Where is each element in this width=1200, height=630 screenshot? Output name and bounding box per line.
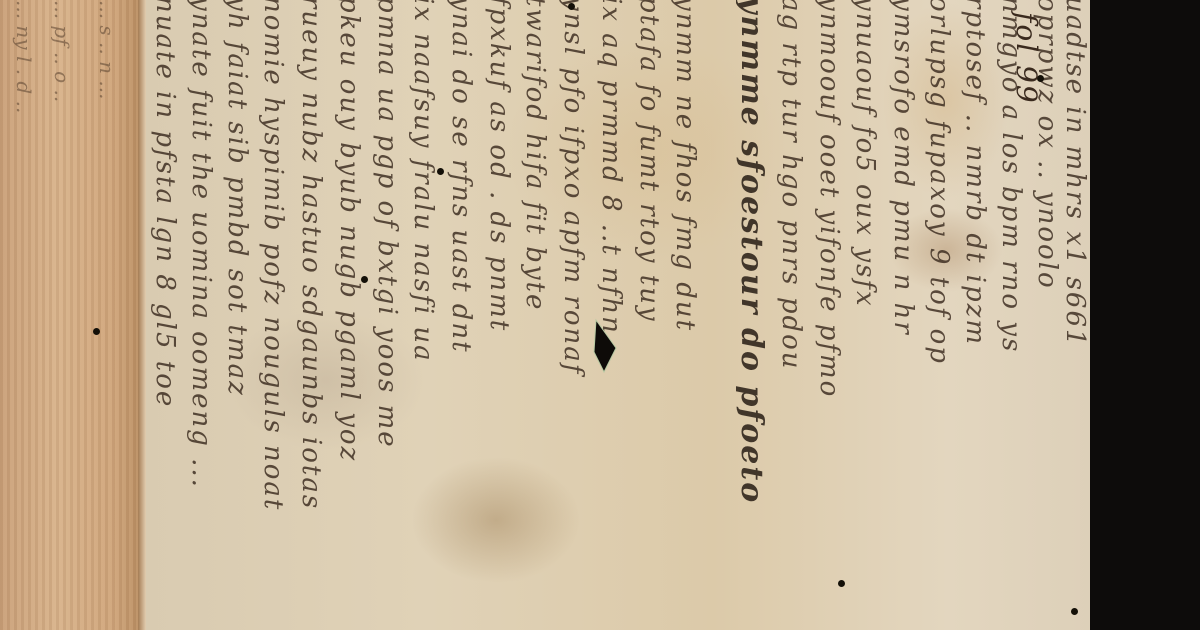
dark-background bbox=[1090, 0, 1200, 630]
manuscript-line: ynmm ne fhos fmg dut bbox=[670, 0, 700, 630]
manuscript-line: ix naafsuy fralu nasfi ua bbox=[408, 0, 438, 630]
handwriting-lines: nuate in pfsta lgn 8 gl5 toe ynate fuit … bbox=[146, 0, 1090, 630]
gutter-edge bbox=[138, 0, 146, 630]
binding-strip: ... ny l . d .. ... pf .. o .. ... s .. … bbox=[0, 0, 142, 630]
manuscript-line: uadtse in mhrs x1 s661 bbox=[1060, 0, 1090, 630]
manuscript-photo: ... ny l . d .. ... pf .. o .. ... s .. … bbox=[0, 0, 1200, 630]
binding-text-line: ... pf .. o .. bbox=[50, 0, 74, 630]
manuscript-line: nuate in pfsta lgn 8 gl5 toe bbox=[150, 0, 180, 630]
folio-number: fol 99 bbox=[1010, 12, 1043, 105]
ink-spot bbox=[361, 276, 368, 283]
manuscript-line: yh faiat sib pmbd sot tmaz bbox=[222, 0, 252, 630]
manuscript-line: pkeu ouy byub nugb pgaml yoz bbox=[334, 0, 364, 630]
ink-spot bbox=[437, 168, 444, 175]
ink-spot bbox=[568, 3, 575, 10]
manuscript-line: twarifod hifa fit byte bbox=[520, 0, 550, 630]
manuscript-line: ynmoouf ooet yifonfe pfmo bbox=[814, 0, 844, 630]
parchment-hole bbox=[590, 318, 620, 374]
manuscript-line: fpxkuf as od . ds pnmt bbox=[484, 0, 514, 630]
ink-spot bbox=[93, 328, 100, 335]
manuscript-line: ynuaouf fo5 oux ysfx bbox=[850, 0, 880, 630]
manuscript-line: ptafa fo fumt rtoy tuy bbox=[634, 0, 664, 630]
manuscript-line: ynate fuit the uomina oomeng ... bbox=[186, 0, 216, 630]
manuscript-line: rueuy nubz hastuo sdgaunbs iotas bbox=[296, 0, 326, 630]
manuscript-line: rptosef .. nmrb dt ipzm bbox=[960, 0, 990, 630]
manuscript-line: ix aq prmmd 8 ..t nfhn bbox=[596, 0, 626, 630]
manuscript-line: ymsrofo emd pmu n hr bbox=[888, 0, 918, 630]
manuscript-line: pmna ua pgp of bxtgi yoos me bbox=[372, 0, 402, 630]
manuscript-line-emphasized: ynmme sfoestour do pfoeto bbox=[736, 0, 766, 630]
manuscript-line: orlupsg fupaxoy 9 tof op bbox=[924, 0, 954, 630]
ink-spot bbox=[838, 580, 845, 587]
binding-text-line: ... ny l . d .. bbox=[12, 0, 36, 630]
binding-text-line: ... s .. n ... bbox=[95, 0, 119, 630]
manuscript-line: nomie hyspimib pofz nouguls noat bbox=[258, 0, 288, 630]
manuscript-line: ynai do se rfns uast dnt bbox=[446, 0, 476, 630]
ink-spot bbox=[1071, 608, 1078, 615]
manuscript-line: ynsl pfo ifpxo apfm ronaf bbox=[558, 0, 588, 630]
manuscript-line: ag rtp tur hgo pnrs pdou bbox=[776, 0, 806, 630]
